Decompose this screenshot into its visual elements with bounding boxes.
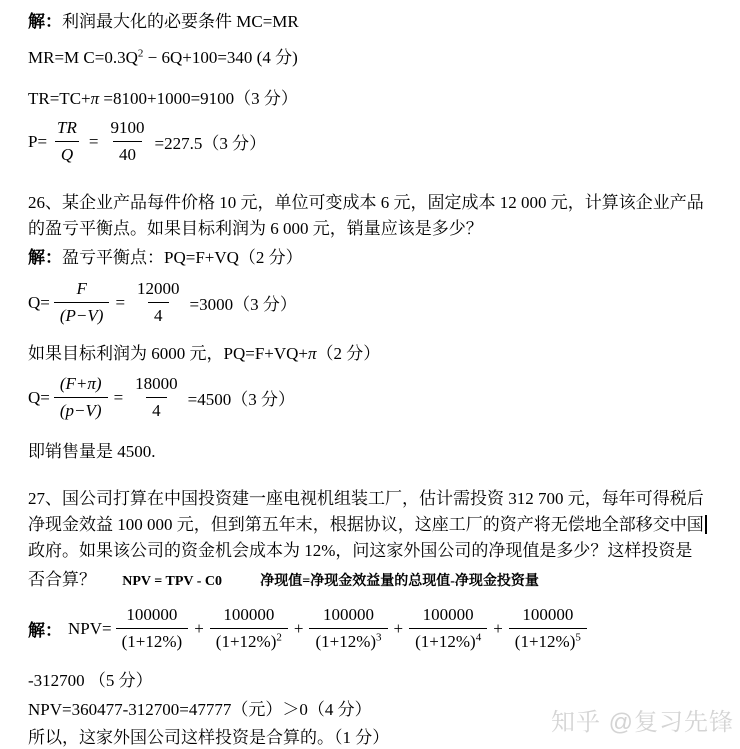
fraction: TR Q: [51, 117, 83, 166]
q26-target-profit-line: 如果目标利润为 6000 元，PQ=F+VQ+π（2 分）: [28, 342, 730, 366]
exponent: 4: [476, 631, 482, 643]
q25-mr-formula: MR=M C=0.3Q2 − 6Q+100=340 (4 分): [28, 46, 730, 70]
fraction: 100000 (1+12%)2: [210, 604, 288, 653]
fraction: 100000 (1+12%)5: [509, 604, 587, 653]
fraction: 12000 4: [131, 278, 186, 327]
solution-label: 解：: [28, 248, 62, 267]
q26-conclusion: 即销售量是 4500.: [28, 440, 730, 464]
q27-minus-line: -312700 （5 分）: [28, 669, 730, 693]
q27-question-line2: 净现金效益 100 000 元，但到第五年末，根据协议，这座工厂的资产将无偿地全…: [28, 512, 730, 538]
q26-question-line1: 26、某企业产品每件价格 10 元，单位可变成本 6 元，固定成本 12 000…: [28, 190, 730, 216]
q26-breakeven-line: 解：盈亏平衡点：PQ=F+VQ（2 分）: [28, 246, 730, 270]
solution-label: 解：: [28, 12, 62, 31]
exponent: 3: [376, 631, 382, 643]
q26-question-line2: 的盈亏平衡点。如果目标利润为 6 000 元，销量应该是多少？: [28, 216, 730, 242]
q25-condition-line: 解：利润最大化的必要条件 MC=MR: [28, 10, 730, 34]
fraction: 18000 4: [129, 373, 184, 422]
q26-formula-2: Q= (F+π) (p−V) = 18000 4 =4500（3 分）: [28, 373, 730, 422]
zhihu-watermark: 知乎 @复习先锋: [551, 702, 734, 737]
q25-tr-formula: TR=TC+π =8100+1000=9100（3 分）: [28, 87, 730, 111]
npv-definition-formula: NPV = TPV - C0: [122, 574, 222, 589]
q27-question-line1: 27、国公司打算在中国投资建一座电视机组装工厂，估计需投资 312 700 元，…: [28, 486, 730, 512]
pi-symbol: π: [91, 89, 100, 108]
fraction: 100000 (1+12%)4: [409, 604, 487, 653]
fraction: 100000 (1+12%)3: [309, 604, 387, 653]
q25-price-formula: P= TR Q = 9100 40 =227.5（3 分）: [28, 117, 730, 166]
q27-question-line3: 政府。如果该公司的资金机会成本为 12%，问这家外国公司的净现值是多少？这样投资…: [28, 538, 730, 564]
q27-npv-formula: 解： NPV= 100000 (1+12%) + 100000 (1+12%)2…: [28, 604, 730, 653]
pi-symbol: π: [308, 344, 317, 363]
fraction: 100000 (1+12%): [116, 604, 189, 653]
fraction: F (P−V): [54, 278, 110, 327]
document-page: 解：利润最大化的必要条件 MC=MR MR=M C=0.3Q2 − 6Q+100…: [0, 0, 740, 749]
fraction: 9100 40: [104, 117, 150, 166]
solution-label: 解：: [28, 616, 62, 641]
exponent: 2: [276, 631, 282, 643]
fraction: (F+π) (p−V): [54, 373, 108, 422]
q26-formula-1: Q= F (P−V) = 12000 4 =3000（3 分）: [28, 278, 730, 327]
q25-condition-text: 利润最大化的必要条件 MC=MR: [62, 12, 299, 31]
npv-definition-text: 净现值=净现金效益量的总现值-净现金投资量: [260, 574, 539, 589]
text-cursor: [705, 515, 707, 534]
exponent: 5: [575, 631, 581, 643]
q27-question-line4: 否合算？ NPV = TPV - C0 净现值=净现金效益量的总现值-净现金投资…: [28, 567, 730, 595]
